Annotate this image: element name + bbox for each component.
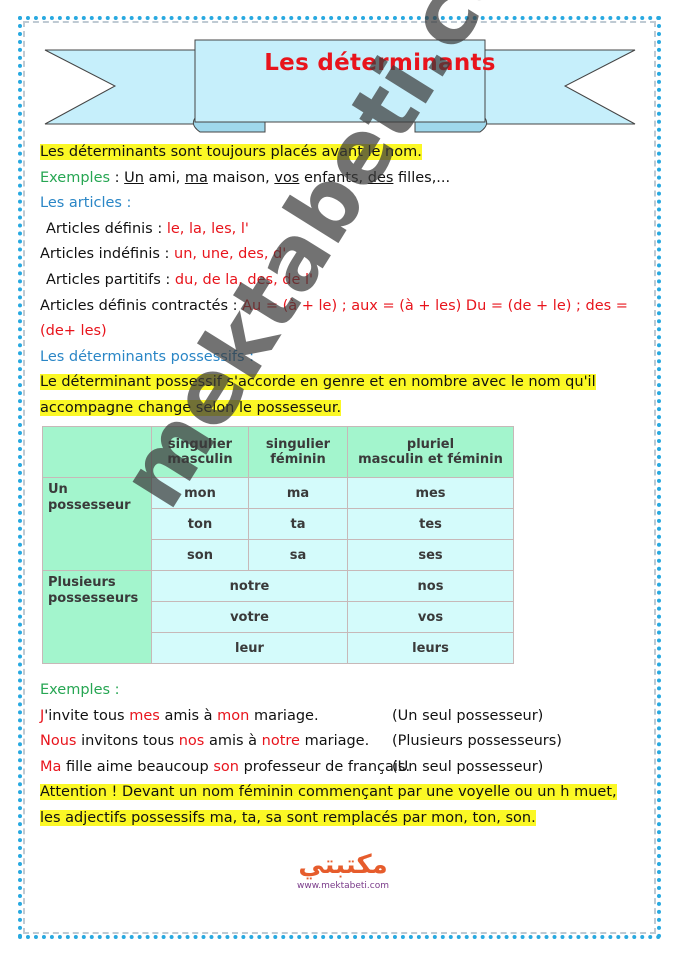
table-row: Plusieurspossesseursnotrenos [43,571,514,602]
column-header: singuliermasculin [152,427,249,478]
articles-partitifs: Articles partitifs : du, de la, des, de … [40,268,640,294]
table-cell: son [152,540,249,571]
examples-label: Exemples [40,170,110,186]
intro-text: Les déterminants sont toujours placés av… [40,144,422,160]
example-determiner: des [368,170,394,186]
example-text: ami, [144,170,185,186]
table-row: Unpossesseurmonmames [43,478,514,509]
examples-values: Un ami, ma maison, vos enfants, des fill… [124,170,450,186]
example-sentence: Nous invitons tous nos amis à notre mari… [40,729,640,755]
possessor-note: (Plusieurs possesseurs) [392,729,562,755]
table-cell: vos [348,602,514,633]
table-cell: ma [249,478,348,509]
table-cell: sa [249,540,348,571]
logo-url: www.mektabeti.com [268,880,418,892]
example-text: filles,... [393,170,450,186]
example-text: maison, [208,170,274,186]
title-banner: Les déterminants [40,36,640,136]
examples-section: Exemples : J'invite tous mes amis à mon … [40,678,640,832]
attention-line-2: les adjectifs possessifs ma, ta, sa sont… [40,810,536,826]
example-determiner: ma [185,170,208,186]
row-group-label: Plusieurspossesseurs [43,571,152,664]
example-sentence: J'invite tous mes amis à mon mariage.(Un… [40,704,640,730]
page-title: Les déterminants [230,50,530,76]
table-cell: leurs [348,633,514,664]
articles-indefinis: Articles indéfinis : un, une, des, d' [40,242,640,268]
example-sentences: J'invite tous mes amis à mon mariage.(Un… [40,704,640,781]
examples-line: Exemples : Un ami, ma maison, vos enfant… [40,166,640,192]
table-cell: mon [152,478,249,509]
table-cell: ta [249,509,348,540]
possessor-note: (Un seul possesseur) [392,704,543,730]
table-cell: ses [348,540,514,571]
header-blank [43,427,152,478]
articles-heading: Les articles : [40,191,640,217]
possessifs-heading: Les déterminants possessifs : [40,345,640,371]
example-determiner: Un [124,170,144,186]
logo-arabic: مكتبتي [268,850,418,880]
row-group-label: Unpossesseur [43,478,152,571]
examples2-label: Exemples : [40,678,640,704]
attention-line-1: Attention ! Devant un nom féminin commen… [40,784,617,800]
possessifs-rule-2: accompagne change selon le possesseur. [40,400,341,416]
articles-definis: Articles définis : le, la, les, l' [40,217,640,243]
example-determiner: vos [274,170,299,186]
lesson-content: Les déterminants sont toujours placés av… [40,140,640,422]
table-cell: ton [152,509,249,540]
site-logo: مكتبتي www.mektabeti.com [268,850,418,900]
possessifs-rule-1: Le déterminant possessif s'accorde en ge… [40,374,596,390]
table-cell: notre [152,571,348,602]
table-cell: leur [152,633,348,664]
table-cell: nos [348,571,514,602]
example-text: enfants, [299,170,367,186]
column-header: singulierféminin [249,427,348,478]
possessives-table: singuliermasculinsingulierfémininpluriel… [42,426,514,664]
articles-contractes-cont: (de+ les) [40,319,640,345]
table-cell: mes [348,478,514,509]
example-sentence: Ma fille aime beaucoup son professeur de… [40,755,640,781]
articles-contractes: Articles définis contractés : Au = (à + … [40,294,640,320]
table-cell: votre [152,602,348,633]
possessor-note: (Un seul possesseur) [392,755,543,781]
column-header: plurielmasculin et féminin [348,427,514,478]
table-cell: tes [348,509,514,540]
